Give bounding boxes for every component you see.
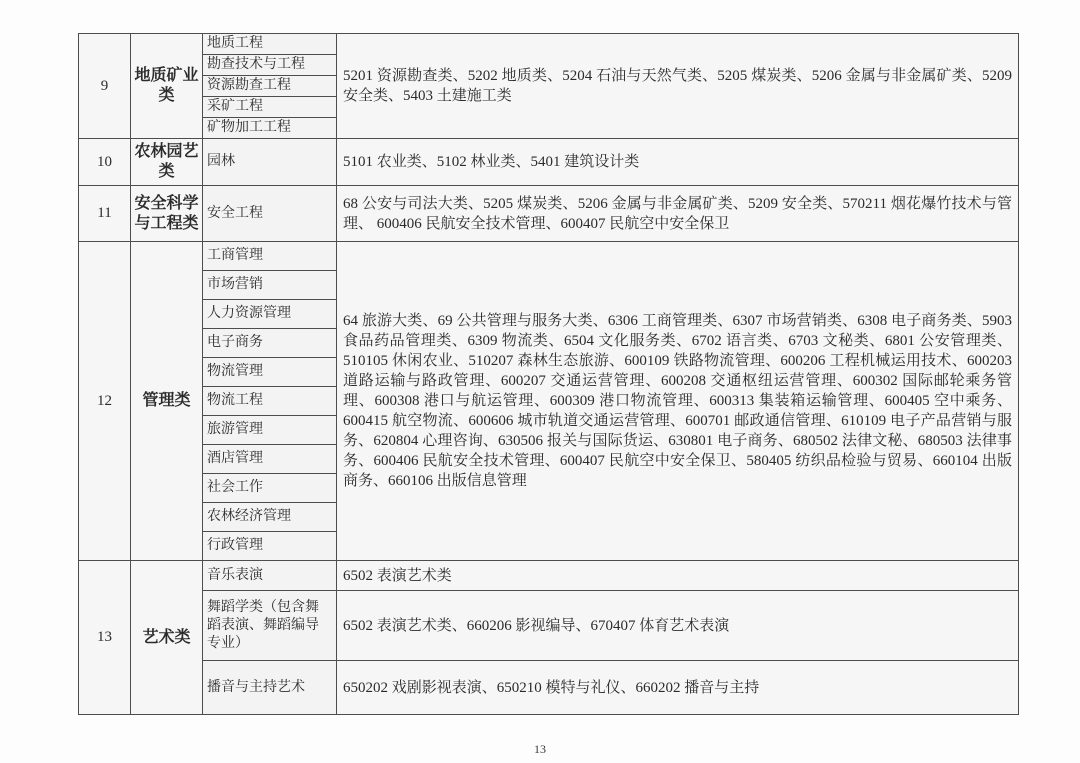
related-categories: 650202 戏剧影视表演、650210 模特与礼仪、660202 播音与主持 bbox=[337, 661, 1019, 715]
table-body: 9地质矿业类地质工程5201 资源勘查类、5202 地质类、5204 石油与天然… bbox=[79, 34, 1019, 715]
related-categories: 5101 农业类、5102 林业类、5401 建筑设计类 bbox=[337, 139, 1019, 186]
table-row: 11安全科学与工程类安全工程68 公安与司法大类、5205 煤炭类、5206 金… bbox=[79, 186, 1019, 242]
major-name: 播音与主持艺术 bbox=[203, 661, 337, 715]
table-row: 舞蹈学类（包含舞蹈表演、舞蹈编导专业）6502 表演艺术类、660206 影视编… bbox=[79, 591, 1019, 661]
major-name: 旅游管理 bbox=[203, 416, 337, 445]
category-name: 艺术类 bbox=[131, 561, 203, 715]
category-name: 安全科学与工程类 bbox=[131, 186, 203, 242]
major-name: 舞蹈学类（包含舞蹈表演、舞蹈编导专业） bbox=[203, 591, 337, 661]
category-name: 管理类 bbox=[131, 242, 203, 561]
document-page: 9地质矿业类地质工程5201 资源勘查类、5202 地质类、5204 石油与天然… bbox=[0, 0, 1080, 763]
table-row: 10农林园艺类园林5101 农业类、5102 林业类、5401 建筑设计类 bbox=[79, 139, 1019, 186]
major-name: 资源勘查工程 bbox=[203, 76, 337, 97]
page-number: 13 bbox=[0, 742, 1080, 757]
major-name: 人力资源管理 bbox=[203, 300, 337, 329]
major-name: 安全工程 bbox=[203, 186, 337, 242]
major-name: 电子商务 bbox=[203, 329, 337, 358]
major-name: 社会工作 bbox=[203, 474, 337, 503]
major-name: 农林经济管理 bbox=[203, 503, 337, 532]
row-number: 10 bbox=[79, 139, 131, 186]
major-name: 行政管理 bbox=[203, 532, 337, 561]
row-number: 9 bbox=[79, 34, 131, 139]
major-name: 园林 bbox=[203, 139, 337, 186]
category-name: 农林园艺类 bbox=[131, 139, 203, 186]
related-categories: 64 旅游大类、69 公共管理与服务大类、6306 工商管理类、6307 市场营… bbox=[337, 242, 1019, 561]
related-categories: 5201 资源勘查类、5202 地质类、5204 石油与天然气类、5205 煤炭… bbox=[337, 34, 1019, 139]
row-number: 13 bbox=[79, 561, 131, 715]
major-name: 物流管理 bbox=[203, 358, 337, 387]
table-row: 13艺术类音乐表演6502 表演艺术类 bbox=[79, 561, 1019, 591]
major-name: 勘查技术与工程 bbox=[203, 55, 337, 76]
table-row: 9地质矿业类地质工程5201 资源勘查类、5202 地质类、5204 石油与天然… bbox=[79, 34, 1019, 55]
major-name: 采矿工程 bbox=[203, 97, 337, 118]
related-categories: 6502 表演艺术类、660206 影视编导、670407 体育艺术表演 bbox=[337, 591, 1019, 661]
related-categories: 6502 表演艺术类 bbox=[337, 561, 1019, 591]
major-name: 市场营销 bbox=[203, 271, 337, 300]
major-name: 音乐表演 bbox=[203, 561, 337, 591]
related-categories: 68 公安与司法大类、5205 煤炭类、5206 金属与非金属矿类、5209 安… bbox=[337, 186, 1019, 242]
table-row: 12管理类工商管理64 旅游大类、69 公共管理与服务大类、6306 工商管理类… bbox=[79, 242, 1019, 271]
table-row: 播音与主持艺术650202 戏剧影视表演、650210 模特与礼仪、660202… bbox=[79, 661, 1019, 715]
category-name: 地质矿业类 bbox=[131, 34, 203, 139]
major-category-table: 9地质矿业类地质工程5201 资源勘查类、5202 地质类、5204 石油与天然… bbox=[78, 33, 1019, 715]
major-name: 工商管理 bbox=[203, 242, 337, 271]
row-number: 12 bbox=[79, 242, 131, 561]
major-name: 酒店管理 bbox=[203, 445, 337, 474]
major-name: 矿物加工工程 bbox=[203, 118, 337, 139]
row-number: 11 bbox=[79, 186, 131, 242]
major-name: 地质工程 bbox=[203, 34, 337, 55]
major-name: 物流工程 bbox=[203, 387, 337, 416]
